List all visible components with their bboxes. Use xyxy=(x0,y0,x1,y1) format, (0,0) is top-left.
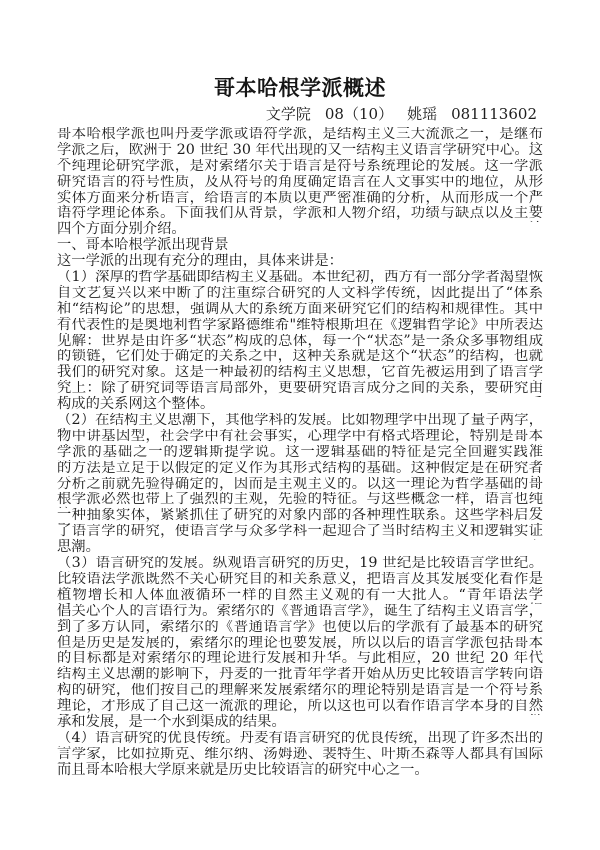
body-line: 但是历史是发展的，索绪尔的理论也要发展，所以以后的语言学派包括哥本哈根 xyxy=(57,636,543,652)
body-line: （4）语言研究的优良传统。丹麦有语言研究的优良传统，出现了许多杰出的语 xyxy=(57,731,543,747)
body-line: 见解：世界是由许多“状态”构成的总体，每一个“状态”是一条众多事物组成 xyxy=(57,334,543,350)
document-page: 哥本哈根学派概述 文学院 08（10） 姚瑶 081113602 哥本哈根学派也… xyxy=(0,0,600,850)
body-line: 构成的关系网这个整体。 xyxy=(57,397,543,413)
body-line: 构的研究，他们按自己的理解来发展索绪尔的理论特别是语言是一个符号系统的 xyxy=(57,683,543,699)
body-line: 这一学派的出现有充分的理由，具体来讲是： xyxy=(57,254,543,270)
body-line: 学派的基础之一的逻辑斯提学说。这一逻辑基础的特征是完全回避实践准则，它 xyxy=(57,445,543,461)
body-line: 而且哥本哈根大学原来就是历史比较语言的研究中心之一。 xyxy=(57,763,543,779)
body-line: 植物增长和人体血液循环一样的自然主义观的有一大批人。“青年语法学派”提 xyxy=(57,588,543,604)
byline-author: 姚瑶 xyxy=(407,105,437,123)
body-line: 个纯理论研究学派，是对索绪尔关于语言是符号系统理论的发展。这一学派主要 xyxy=(57,159,543,175)
body-line: 一、哥本哈根学派出现背景 xyxy=(57,238,543,254)
body-line: 根学派必然也带上了强烈的主观，先验的特征。与这些概念一样，语言也纯粹是 xyxy=(57,492,543,508)
body-line: 一种抽象实体，紧紧抓住了研究的对象内部的各种理性联系。这些学科启发影响 xyxy=(57,508,543,524)
body-line: 究上：除了研究词等语言局部外，更要研究语言成分之间的关系，要研究由关系 xyxy=(57,381,543,397)
body-line: 和“结构论”的思想，强调从大的系统方面来研究它们的结构和规律性。其中最 xyxy=(57,302,543,318)
body-line: 有代表性的是奥地利哲学家路德维希"维特根斯坦在《逻辑哲学论》中所表达的 xyxy=(57,318,543,334)
body-line: 倡关心个人的言语行为。索绪尔的《普通语言学》，诞生了结构主义语言学，得 xyxy=(57,604,543,620)
body-line: 学派之后，欧洲于 20 世纪 30 年代出现的又一结构主义语言学研究中心。这是一 xyxy=(57,143,543,159)
body-line: 到了多方认同，索绪尔的《普通语言学》也使以后的学派有了最基本的研究基础。 xyxy=(57,620,543,636)
body-line: 分析之前就先验得确定的，因而是主观主义的。以这一理论为哲学基础的哥本哈 xyxy=(57,477,543,493)
body-line: 承和发展，是一个水到渠成的结果。 xyxy=(57,715,543,731)
body-line: 结构主义思潮的影响下，丹麦的一批青年学者开始从历史比较语言学转向语言结 xyxy=(57,667,543,683)
document-content: 哥本哈根学派概述 文学院 08（10） 姚瑶 081113602 哥本哈根学派也… xyxy=(57,76,543,779)
document-title: 哥本哈根学派概述 xyxy=(57,76,543,101)
body-line: 理论，才形成了自己这一流派的理论，所以这也可以看作语言学本身的自然的继 xyxy=(57,699,543,715)
byline-department: 文学院 xyxy=(266,105,311,123)
body-line: 我们的研究对象。这是一种最初的结构主义思想，它首先被运用到了语言学的研 xyxy=(57,365,543,381)
body-line: 研究语言的符号性质，及从符号的角度确定语言在人文事实中的地位，从形式和 xyxy=(57,175,543,191)
body-line: 了语言学的研究，使语言学与众多学科一起迎合了当时结构主义和逻辑实证主义 xyxy=(57,524,543,540)
body-line: 哥本哈根学派也叫丹麦学派或语符学派，是结构主义三大流派之一，是继布拉格 xyxy=(57,127,543,143)
body-line: 思潮。 xyxy=(57,540,543,556)
body-line: 语符学理论体系。下面我们从背景，学派和人物介绍，功绩与缺点以及主要理论 xyxy=(57,206,543,222)
body-line: （2）在结构主义思潮下，其他学科的发展。比如物理学中出现了量子两字，生 xyxy=(57,413,543,429)
body-line: 实体方面来分析语言，给语言的本质以更严密准确的分析，从而形成一个严密的 xyxy=(57,191,543,207)
body-line: 的锁链，它们处于确定的关系之中，这种关系就是这个“状态”的结构，也就是 xyxy=(57,349,543,365)
body-line: 言学家，比如拉斯克、维尔纳、汤姆逊、裴特生、叶斯丕森等人都具有国际影响， xyxy=(57,747,543,763)
byline-student-id: 081113602 xyxy=(451,105,537,123)
body-line: 自文艺复兴以来中断了的注重综合研究的人文科学传统，因此提出了“体系论” xyxy=(57,286,543,302)
body-line: （3）语言研究的发展。纵观语言研究的历史，19 世纪是比较语言学世纪。但是 xyxy=(57,556,543,572)
body-line: （1）深厚的哲学基础即结构主义基础。本世纪初，西方有一部分学者渴望恢复 xyxy=(57,270,543,286)
byline: 文学院 08（10） 姚瑶 081113602 xyxy=(57,105,537,123)
body-line: 的目标都是对索绪尔的理论进行发展和升华。与此相应，20 世纪 20 年代末，在 xyxy=(57,651,543,667)
document-body: 哥本哈根学派也叫丹麦学派或语符学派，是结构主义三大流派之一，是继布拉格学派之后，… xyxy=(57,127,543,779)
body-line: 四个方面分别介绍。 xyxy=(57,222,543,238)
body-line: 比较语法学派既然不关心研究目的和关系意义，把语言及其发展变化看作是类似 xyxy=(57,572,543,588)
byline-class: 08（10） xyxy=(325,105,393,123)
body-line: 的方法是立足于以假定的定义作为其形式结构的基础。这种假定是在研究者开始 xyxy=(57,461,543,477)
body-line: 物中讲基因型，社会学中有社会事实，心理学中有格式塔理论，特别是哥本哈根 xyxy=(57,429,543,445)
